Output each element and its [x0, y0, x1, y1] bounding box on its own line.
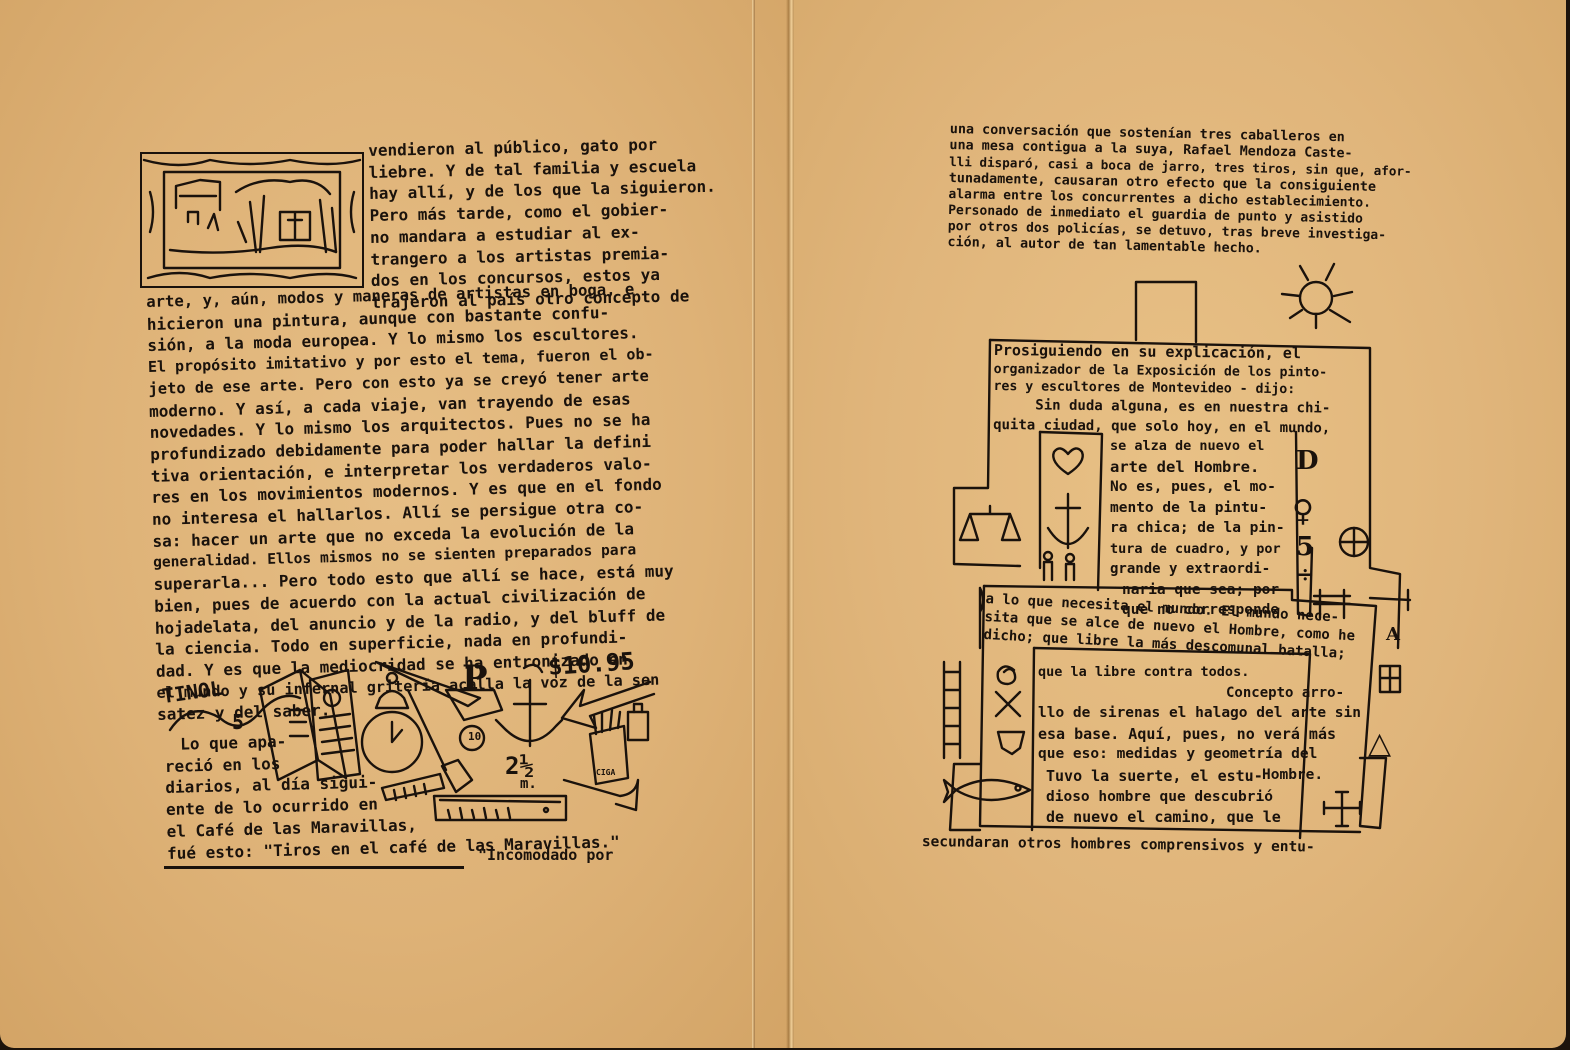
text-line: grande y extraordi- — [1110, 559, 1285, 580]
text-line: Tuvo la suerte, el estu- — [1046, 766, 1281, 787]
text-line: de nuevo el camino, que le — [1046, 807, 1281, 828]
text-line: dioso hombre que descubrió — [1046, 787, 1281, 808]
text-line: tura de cuadro, y por — [1110, 539, 1285, 560]
text-line: que la libre contra todos. — [1038, 662, 1361, 683]
text-line: Concepto arro- — [1038, 683, 1361, 704]
construct-final-block: Tuvo la suerte, el estu- dioso hombre qu… — [1046, 766, 1281, 828]
text-line: se alza de nuevo el — [1110, 436, 1285, 457]
text-line: mento de la pintu- — [1110, 498, 1285, 519]
triangle-symbol: △ — [1368, 726, 1391, 761]
left-caption-continuation: "Incomodado por — [478, 846, 613, 864]
moon-symbol: D — [1296, 446, 1319, 476]
text-line: esa base. Aquí, pues, no verá más — [1038, 724, 1361, 745]
right-top-text: una conversación que sostenían tres caba… — [947, 122, 1412, 261]
text-line: arte del Hombre. — [1110, 457, 1285, 478]
text-line: No es, pues, el mo- — [1110, 477, 1285, 498]
framed-picture-drawing — [140, 152, 366, 290]
text-line: llo de sirenas el halago del arte sin — [1038, 703, 1361, 724]
construct-intro-text: Prosiguiendo en su explicación, el organ… — [993, 340, 1331, 439]
caption-underline — [164, 866, 464, 869]
five-symbol: 5 — [1296, 532, 1314, 562]
construct-center-column: se alza de nuevo el arte del Hombre. No … — [1110, 436, 1285, 621]
left-caption: Lo que apa- reció en los diarios, al día… — [164, 722, 620, 864]
text-line: ra chica; de la pin- — [1110, 518, 1285, 539]
page-fold — [752, 0, 755, 1048]
divide-symbol: ÷ — [1296, 562, 1314, 588]
text-line: Prosiguiendo en su explicación, el — [994, 340, 1331, 364]
book-gutter — [786, 0, 794, 1048]
venus-symbol: ♀ — [1292, 494, 1314, 529]
text-line: que eso: medidas y geometría del — [1038, 744, 1361, 765]
letter-a-symbol: A — [1386, 624, 1400, 645]
